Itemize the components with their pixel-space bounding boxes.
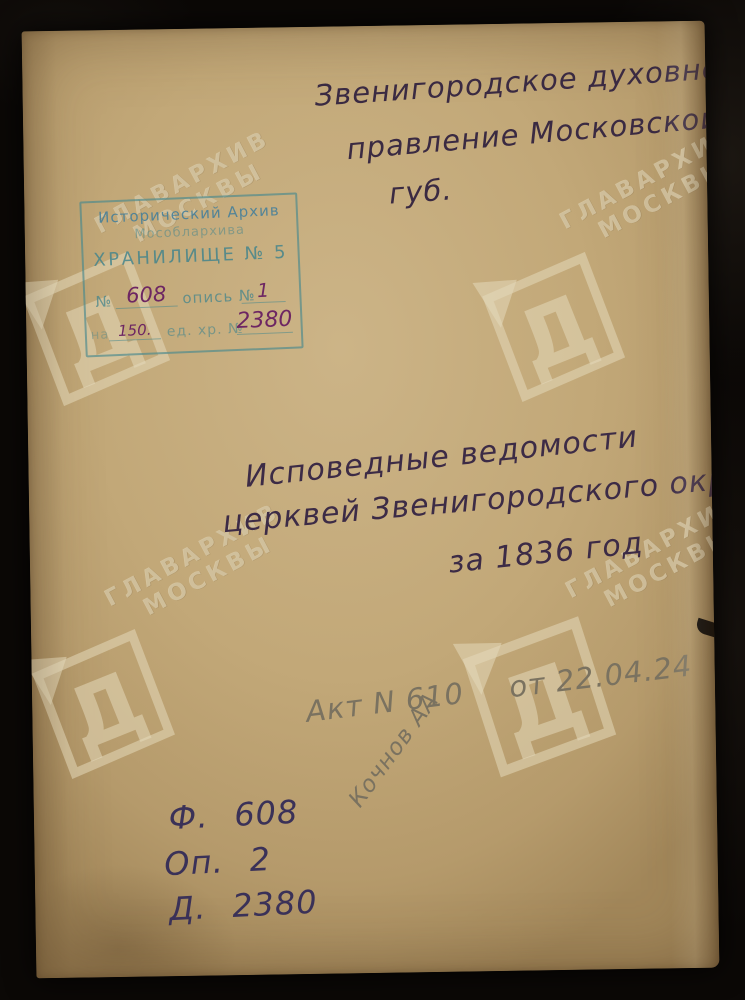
delo-label: Д.	[168, 888, 207, 928]
header-inscription-line1: Звенигородское духовное	[313, 50, 719, 113]
act-note-spacer	[465, 697, 511, 703]
delo-number: 2380	[231, 883, 318, 925]
document-cover: ГЛАВАРХИВ МОСКВЫ Д ГЛАВАРХИВ МОСКВЫ Д ГЛ…	[22, 21, 720, 979]
fond-reference: Ф.608	[168, 793, 300, 838]
stamp-unit-value: 2380	[236, 307, 293, 335]
stamp-fond-label: №	[95, 292, 112, 311]
glavarkhiv-logo-icon: Д	[22, 613, 192, 798]
glavarkhiv-logo-icon: Д	[457, 235, 642, 420]
opis-label: Оп.	[163, 842, 224, 883]
opis-number: 2	[249, 840, 272, 879]
stamp-count-prefix: на	[91, 327, 110, 343]
header-inscription-line3: губ.	[388, 172, 454, 210]
fond-number: 608	[233, 793, 299, 834]
stamp-opis-value: 1	[241, 279, 286, 304]
stamp-fond-value: 608	[115, 282, 178, 310]
archive-stamp: Исторический Архив Мособлархива ХРАНИЛИЩ…	[79, 192, 303, 357]
stamp-storage-line: ХРАНИЛИЩЕ № 5	[83, 241, 298, 271]
stamp-unit-row: на 150. ед. хр. № 2380	[86, 310, 301, 345]
opis-reference: Оп.2	[163, 840, 271, 883]
stamp-unit-label: ед. хр. №	[166, 321, 243, 340]
stamp-count-value: 150.	[108, 320, 161, 341]
fond-label: Ф.	[168, 797, 210, 837]
delo-reference: Д.2380	[168, 883, 318, 928]
